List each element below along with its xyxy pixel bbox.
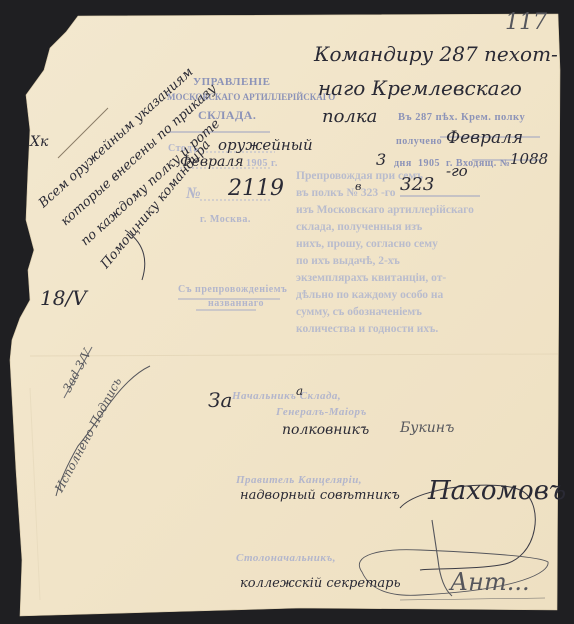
receipt-stamp-unit: Въ 287 пѣх. Крем. полку (398, 112, 525, 123)
body-line: изъ Московскаго артиллерійскаго (296, 202, 511, 219)
body-line: склада, полученныя изъ (296, 219, 511, 236)
receipt-received-label: получено (396, 136, 442, 147)
receipt-day: 3 (376, 150, 386, 169)
margin-date-note: 18/V (40, 286, 87, 310)
clerk-hand-rank: надворный совѣтникъ (240, 488, 400, 503)
body-hand-suffix: -го (446, 162, 468, 180)
clerk-signature: Пахомовъ (428, 476, 566, 506)
city: г. Москва. (200, 214, 251, 225)
body-line: экземплярахъ квитанціи, от- (296, 270, 511, 287)
outgoing-number: 2119 (228, 176, 284, 201)
number-label: № (186, 185, 201, 203)
enclosure-label: Съ препровожденіемъ (178, 284, 287, 295)
addressee-line3: полка (322, 106, 377, 127)
desk-title: Столоначальникъ, (236, 552, 336, 564)
addressee-line1: Командиру 287 пехот- (314, 42, 558, 66)
addressee-line2: наго Кремлевскаго (318, 76, 522, 100)
desk-signature: Ант... (450, 568, 530, 596)
body-hand-prefix: в (355, 180, 361, 193)
scanned-document: 117 УПРАВЛЕНІЕ МОСКОВСКАГО АРТИЛЛЕРІЙСКА… (0, 0, 574, 624)
date-printed: 1905 г. (246, 158, 278, 169)
receipt-month: Февраля (446, 128, 523, 148)
body-line: по ихъ выдачѣ, 2-хъ (296, 253, 511, 270)
archive-number: 117 (505, 10, 547, 35)
body-line: нихъ, прошу, согласно сему (296, 236, 511, 253)
desk-hand-rank: коллежскій секретарь (240, 576, 401, 591)
chief-rank: Генералъ-Маіоръ (276, 406, 367, 418)
chief-signature: Букинъ (400, 420, 454, 436)
chief-hand-rank: полковникъ (282, 422, 369, 438)
stol-value: оружейный (218, 136, 313, 154)
enclosure-label-2: названнаго (208, 298, 264, 309)
receipt-incoming-number: 1088 (510, 150, 548, 168)
body-line: дѣльно по каждому особо на (296, 287, 511, 304)
body-line: сумму, съ обозначеніемъ (296, 304, 511, 321)
clerk-title: Правитель Канцеляріи, (236, 474, 362, 486)
margin-note-top: Хк (30, 134, 48, 150)
body-line: количества и годности ихъ. (296, 321, 511, 338)
chief-prefix: За (208, 388, 232, 412)
body-hand-number: 323 (400, 174, 434, 195)
chief-note: а (296, 384, 303, 398)
chief-title: Начальникъ Склада, (232, 390, 341, 402)
